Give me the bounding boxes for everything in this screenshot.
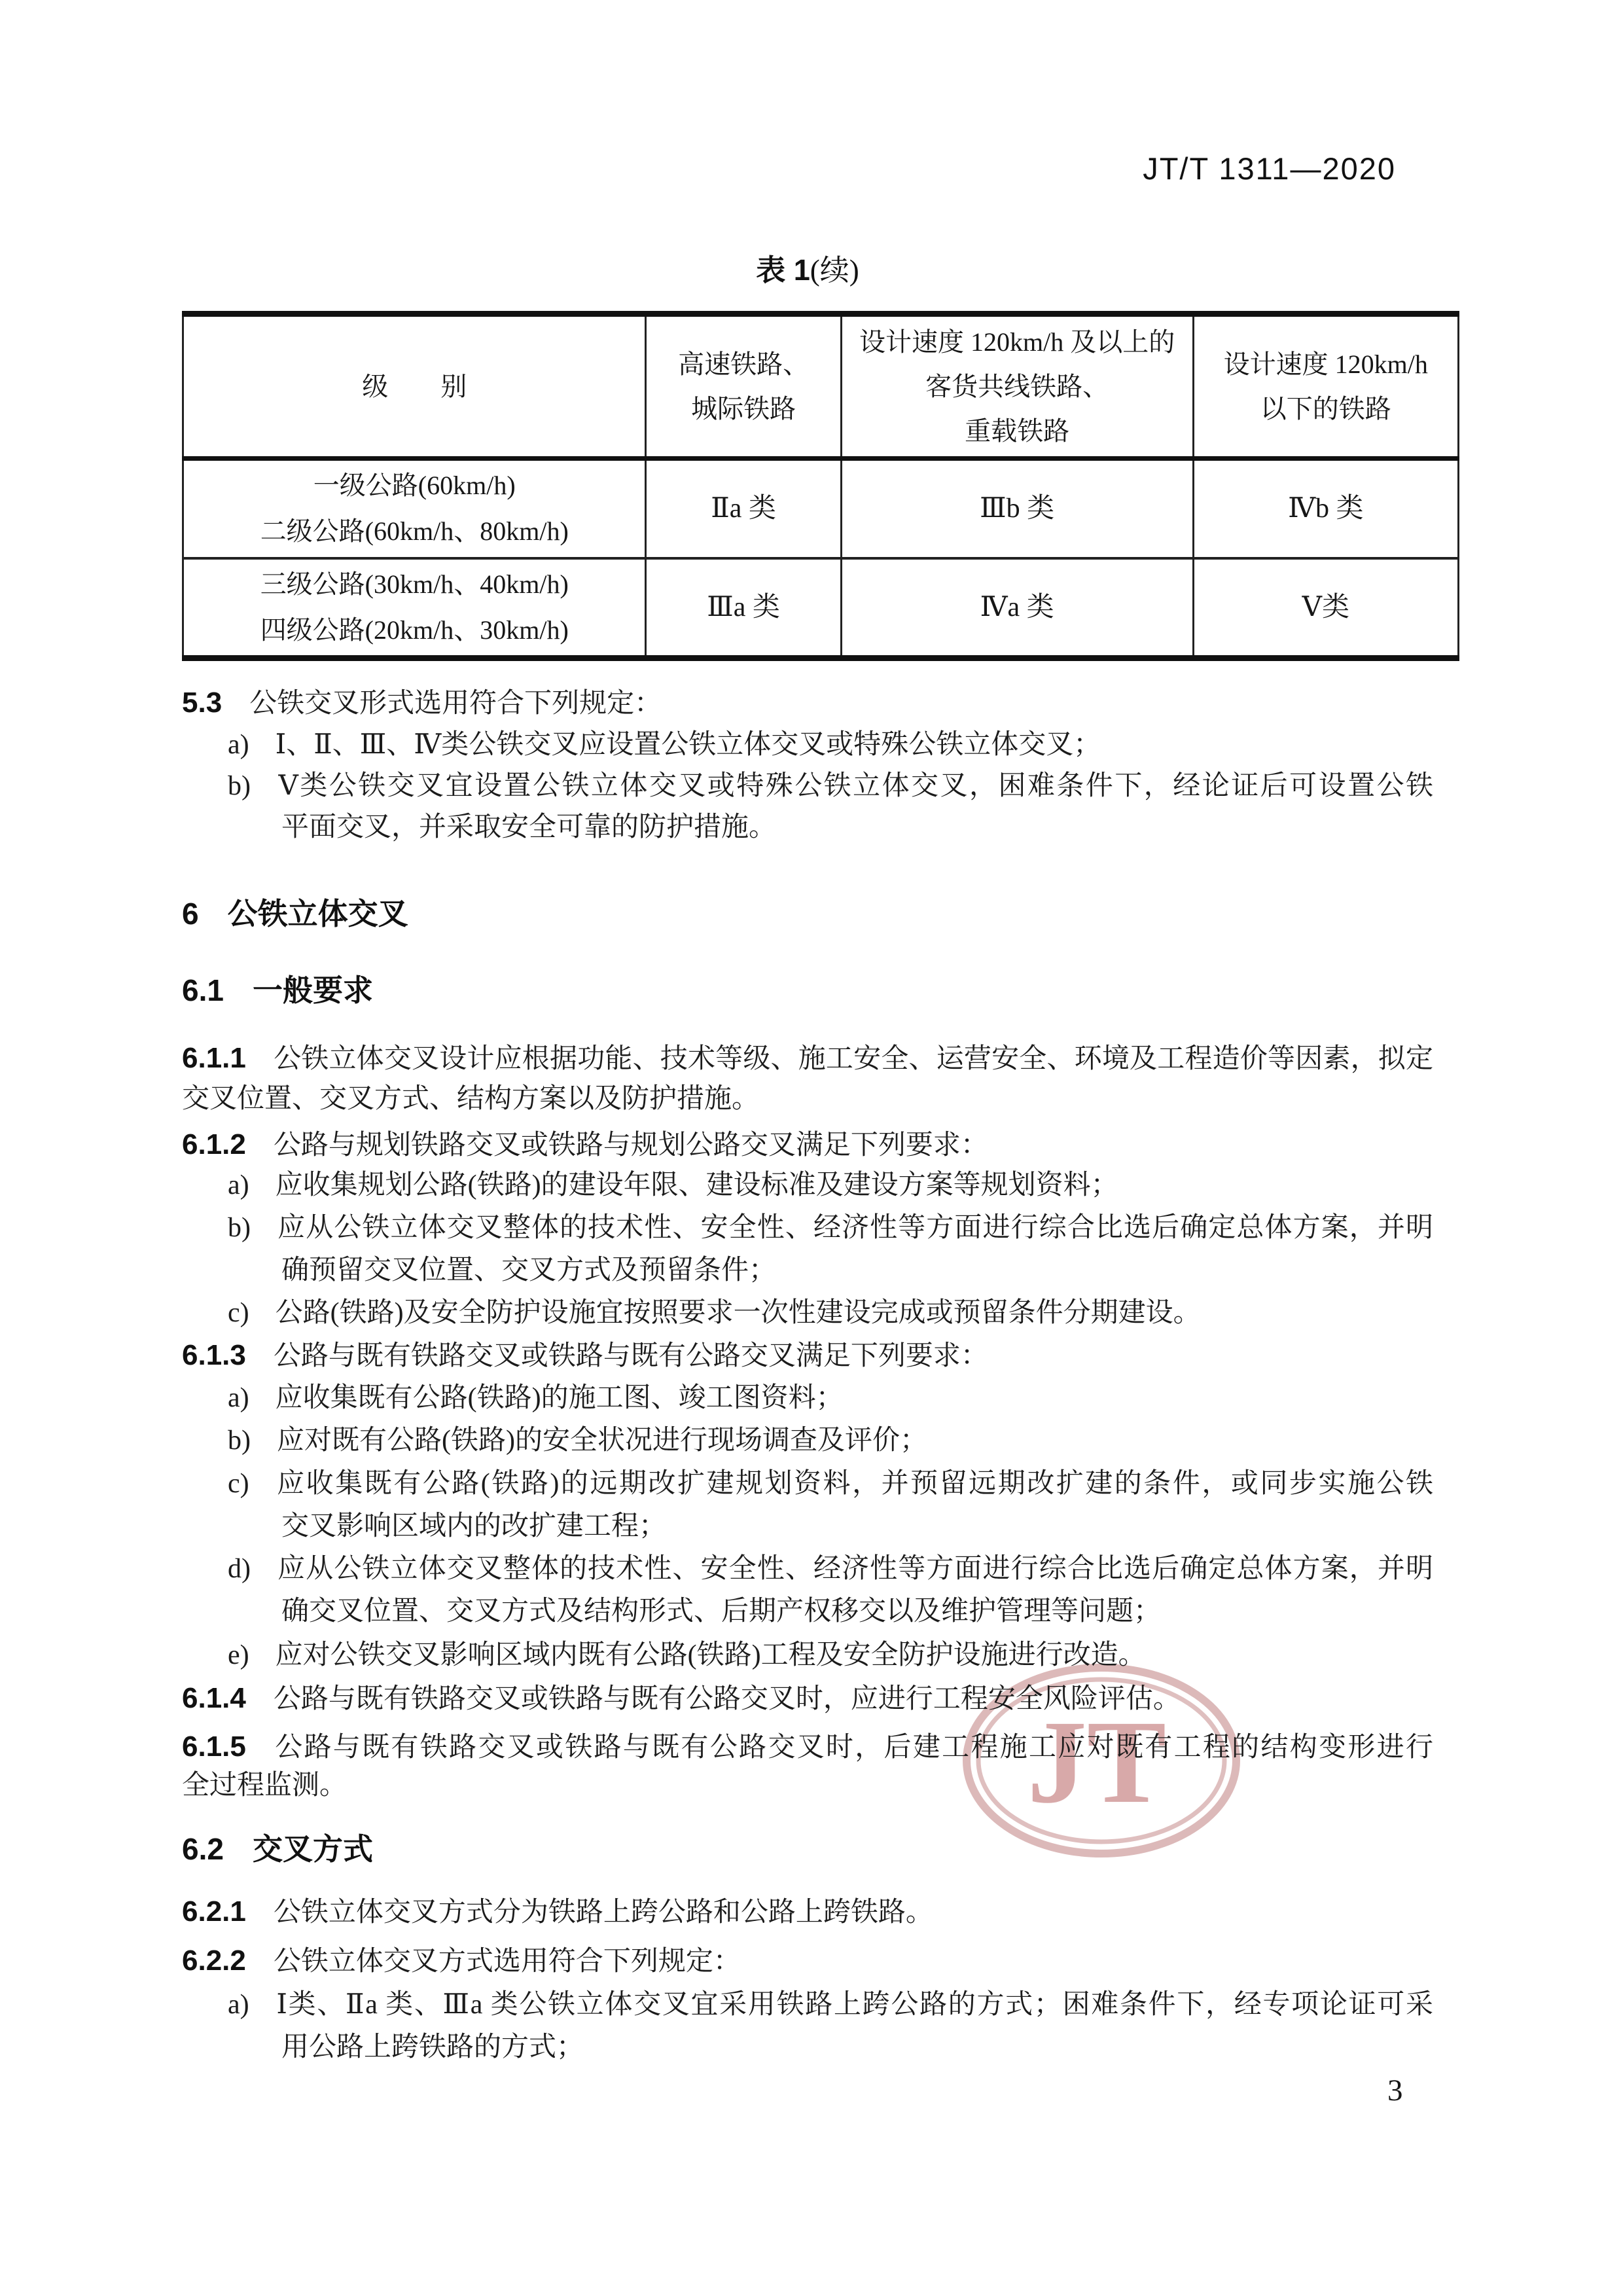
clause-6-1-3-item-b: b)应对既有公路(铁路)的安全状况进行现场调查及评价； xyxy=(228,1420,1433,1462)
clause-6-1-2-item-c: c)公路(铁路)及安全防护设施宜按照要求一次性建设完成或预留条件分期建设。 xyxy=(228,1293,1433,1334)
clause-6-1-1-cont: 交叉位置、交叉方式、结构方案以及防护措施。 xyxy=(182,1079,1433,1120)
standard-code-header: JT/T 1311—2020 xyxy=(1143,151,1396,187)
clause-6-1-3-item-a: a)应收集既有公路(铁路)的施工图、竣工图资料； xyxy=(228,1378,1433,1419)
cell-road-level: 三级公路(30km/h、40km/h) 四级公路(20km/h、30km/h) xyxy=(183,558,646,658)
header-cell-level: 级 别 xyxy=(183,314,646,459)
cell-class: Ⅲa 类 xyxy=(646,558,841,658)
clause-6-2-2-item-a: a)Ⅰ类、Ⅱa 类、Ⅲa 类公铁立体交叉宜采用铁路上跨公路的方式；困难条件下，经… xyxy=(228,1984,1433,2026)
cell-class: Ⅱa 类 xyxy=(646,459,841,558)
table-title: 表 1(续) xyxy=(182,246,1433,289)
clause-6-1-3: 6.1.3公路与既有铁路交叉或铁路与既有公路交叉满足下列要求： xyxy=(182,1335,1433,1376)
section-6-1-heading: 6.1一般要求 xyxy=(182,969,373,1012)
clause-6-1-5: 6.1.5公路与既有铁路交叉或铁路与既有公路交叉时，后建工程施工应对既有工程的结… xyxy=(182,1726,1433,1767)
clause-6-1-2-item-a: a)应收集规划公路(铁路)的建设年限、建设标准及建设方案等规划资料； xyxy=(228,1165,1433,1206)
clause-6-1-3-item-c: c)应收集既有公路(铁路)的远期改扩建规划资料，并预留远期改扩建的条件，或同步实… xyxy=(228,1463,1433,1505)
table-row: 三级公路(30km/h、40km/h) 四级公路(20km/h、30km/h) … xyxy=(183,558,1459,658)
clause-5-3-item-a: a)Ⅰ、Ⅱ、Ⅲ、Ⅳ类公铁交叉应设置公铁立体交叉或特殊公铁立体交叉； xyxy=(228,725,1433,766)
header-cell-120-below: 设计速度 120km/h 以下的铁路 xyxy=(1193,314,1458,459)
document-page: JT/T 1311—2020 表 1(续) 级 别 高速铁路、 城际铁路 设计速… xyxy=(0,0,1623,2296)
section-6-2-heading: 6.2交叉方式 xyxy=(182,1827,373,1871)
header-cell-120-above: 设计速度 120km/h 及以上的 客货共线铁路、 重载铁路 xyxy=(841,314,1193,459)
cell-class: Ⅲb 类 xyxy=(841,459,1193,558)
clause-5-3-item-b: b)Ⅴ类公铁交叉宜设置公铁立体交叉或特殊公铁立体交叉，困难条件下，经论证后可设置… xyxy=(228,766,1433,807)
table-header-row: 级 别 高速铁路、 城际铁路 设计速度 120km/h 及以上的 客货共线铁路、… xyxy=(183,314,1459,459)
clause-6-1-1: 6.1.1公铁立体交叉设计应根据功能、技术等级、施工安全、运营安全、环境及工程造… xyxy=(182,1037,1433,1079)
section-6-heading: 6公铁立体交叉 xyxy=(182,892,408,935)
clause-5-3: 5.3公铁交叉形式选用符合下列规定： xyxy=(182,682,1433,723)
clause-5-3-item-b-cont: 平面交叉，并采取安全可靠的防护措施。 xyxy=(281,807,1433,848)
clause-6-1-2-item-b: b)应从公铁立体交叉整体的技术性、安全性、经济性等方面进行综合比选后确定总体方案… xyxy=(228,1208,1433,1249)
clause-6-1-2-item-b-cont: 确预留交叉位置、交叉方式及预留条件； xyxy=(281,1250,1433,1291)
classification-table: 级 别 高速铁路、 城际铁路 设计速度 120km/h 及以上的 客货共线铁路、… xyxy=(182,311,1459,661)
page-number: 3 xyxy=(1387,2073,1403,2108)
clause-6-1-2: 6.1.2公路与规划铁路交叉或铁路与规划公路交叉满足下列要求： xyxy=(182,1124,1433,1165)
cell-class: Ⅳb 类 xyxy=(1193,459,1458,558)
header-cell-highspeed: 高速铁路、 城际铁路 xyxy=(646,314,841,459)
table-title-continued: (续) xyxy=(810,254,859,287)
clause-6-1-3-item-c-cont: 交叉影响区域内的改扩建工程； xyxy=(281,1506,1433,1547)
cell-class: Ⅴ类 xyxy=(1193,558,1458,658)
clause-6-1-3-item-d-cont: 确交叉位置、交叉方式及结构形式、后期产权移交以及维护管理等问题； xyxy=(281,1591,1433,1632)
clause-6-2-2: 6.2.2公铁立体交叉方式选用符合下列规定： xyxy=(182,1940,1433,1981)
clause-6-1-4: 6.1.4公路与既有铁路交叉或铁路与既有公路交叉时，应进行工程安全风险评估。 xyxy=(182,1677,1433,1719)
cell-class: Ⅳa 类 xyxy=(841,558,1193,658)
clause-6-2-1: 6.2.1公铁立体交叉方式分为铁路上跨公路和公路上跨铁路。 xyxy=(182,1891,1433,1932)
clause-6-2-2-item-a-cont: 用公路上跨铁路的方式； xyxy=(281,2027,1433,2068)
cell-road-level: 一级公路(60km/h) 二级公路(60km/h、80km/h) xyxy=(183,459,646,558)
table-title-number: 表 1 xyxy=(756,253,810,287)
clause-6-1-3-item-e: e)应对公铁交叉影响区域内既有公路(铁路)工程及安全防护设施进行改造。 xyxy=(228,1635,1433,1676)
table-row: 一级公路(60km/h) 二级公路(60km/h、80km/h) Ⅱa 类 Ⅲb… xyxy=(183,459,1459,558)
clause-6-1-3-item-d: d)应从公铁立体交叉整体的技术性、安全性、经济性等方面进行综合比选后确定总体方案… xyxy=(228,1549,1433,1590)
clause-6-1-5-cont: 全过程监测。 xyxy=(182,1765,1433,1806)
